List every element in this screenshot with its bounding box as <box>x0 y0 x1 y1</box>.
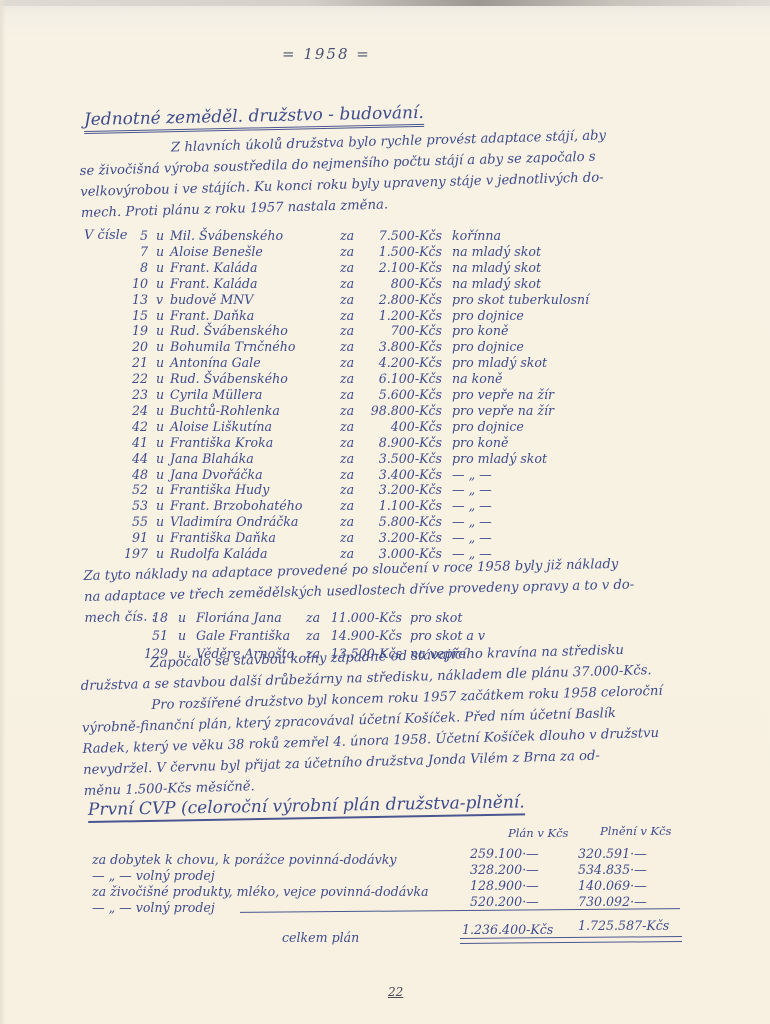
owner-name: Mil. Švábenského <box>170 228 283 243</box>
preposition: u <box>156 387 164 402</box>
house-number: 41 <box>120 435 148 450</box>
purpose-note: pro mladý skot <box>452 355 547 370</box>
amount: 2.100-Kčs <box>360 260 442 275</box>
column-header-plan: Plán v Kčs <box>508 826 568 840</box>
amount: 400-Kčs <box>360 419 442 434</box>
amount: 800-Kčs <box>360 276 442 291</box>
for-label: za <box>340 451 354 466</box>
preposition: u <box>156 482 164 497</box>
purpose-note: na mladý skot <box>452 276 541 291</box>
preposition: u <box>156 244 164 259</box>
for-label: za <box>306 610 320 625</box>
for-label: za <box>340 546 354 561</box>
house-number: 22 <box>120 371 148 386</box>
owner-name: Frant. Brzobohatého <box>170 498 302 513</box>
for-label: za <box>340 276 354 291</box>
preposition: u <box>156 355 164 370</box>
for-label: za <box>340 387 354 402</box>
owner-name: Jana Blaháka <box>170 451 254 466</box>
plan-value: 520.200·— <box>470 894 539 909</box>
amount: 1.500-Kčs <box>360 244 442 259</box>
sum-rule <box>240 908 680 913</box>
owner-name: Gale Františka <box>196 628 290 643</box>
purpose-note: pro koně <box>452 323 508 338</box>
row-label: — „ — volný prodej <box>92 868 215 883</box>
amount: 1.200-Kčs <box>360 308 442 323</box>
purpose-note: pro vepře na žír <box>452 403 554 418</box>
preposition: u <box>156 546 164 561</box>
house-number: 7 <box>120 244 148 259</box>
total-double-rule <box>460 936 682 944</box>
row-label: za dobytek k chovu, k porážce povinná-do… <box>92 852 397 867</box>
preposition: u <box>156 403 164 418</box>
purpose-note: pro dojnice <box>452 339 524 354</box>
owner-name: Floriána Jana <box>196 610 282 625</box>
house-number: 10 <box>120 276 148 291</box>
house-number: 55 <box>120 514 148 529</box>
house-number: 8 <box>120 260 148 275</box>
preposition: u <box>156 276 164 291</box>
for-label: za <box>340 228 354 243</box>
house-number: 24 <box>120 403 148 418</box>
house-number: 20 <box>120 339 148 354</box>
preposition: u <box>156 451 164 466</box>
amount: 3.800-Kčs <box>360 339 442 354</box>
preposition: u <box>156 530 164 545</box>
owner-name: Frant. Daňka <box>170 308 254 323</box>
purpose-note: pro koně <box>452 435 508 450</box>
plan-value: 328.200·— <box>470 862 539 877</box>
purpose-note: na koně <box>452 371 502 386</box>
fulfilment-value: 140.069·— <box>578 878 647 893</box>
owner-name: Jana Dvořáčka <box>170 467 263 482</box>
house-number: 91 <box>120 530 148 545</box>
for-label: za <box>340 435 354 450</box>
amount: 1.100-Kčs <box>360 498 442 513</box>
page-number: 22 <box>388 985 403 999</box>
purpose-note: pro skot <box>410 610 462 625</box>
owner-name: Františka Kroka <box>170 435 273 450</box>
house-number: 5 <box>120 228 148 243</box>
purpose-note: pro skot a v <box>410 628 485 643</box>
for-label: za <box>340 371 354 386</box>
purpose-note: pro skot tuberkulosní <box>452 292 589 307</box>
for-label: za <box>340 308 354 323</box>
house-number: 197 <box>120 546 148 561</box>
fulfilment-value: 730.092·— <box>578 894 647 909</box>
owner-name: Bohumila Trnčného <box>170 339 295 354</box>
preposition: u <box>156 371 164 386</box>
purpose-note: — „ — <box>452 467 492 482</box>
amount: 14.900-Kčs <box>320 628 402 643</box>
house-number: 23 <box>120 387 148 402</box>
preposition: u <box>156 435 164 450</box>
preposition: u <box>156 514 164 529</box>
binding-shadow <box>0 0 6 1024</box>
owner-name: Vladimíra Ondráčka <box>170 514 298 529</box>
owner-name: Rud. Švábenského <box>170 371 288 386</box>
amount: 5.800-Kčs <box>360 514 442 529</box>
for-label: za <box>340 467 354 482</box>
house-number: 51 <box>140 628 168 643</box>
for-label: za <box>340 514 354 529</box>
owner-name: Frant. Kaláda <box>170 260 257 275</box>
preposition: u <box>156 339 164 354</box>
amount: 2.800-Kčs <box>360 292 442 307</box>
owner-name: Rud. Švábenského <box>170 323 288 338</box>
section-title-cooperative: Jednotné zeměděl. družstvo - budování. <box>84 103 424 134</box>
total-label: celkem plán <box>282 930 359 945</box>
house-number: 42 <box>120 419 148 434</box>
purpose-note: pro dojnice <box>452 419 524 434</box>
for-label: za <box>340 482 354 497</box>
house-number: 44 <box>120 451 148 466</box>
amount: 3.500-Kčs <box>360 451 442 466</box>
preposition: u <box>156 260 164 275</box>
for-label: za <box>340 292 354 307</box>
fulfilment-value: 534.835·— <box>578 862 647 877</box>
preposition: u <box>156 308 164 323</box>
owner-name: Buchtů-Rohlenka <box>170 403 280 418</box>
house-number: 15 <box>120 308 148 323</box>
owner-name: Františka Daňka <box>170 530 276 545</box>
purpose-note: na mladý skot <box>452 260 541 275</box>
for-label: za <box>340 419 354 434</box>
purpose-note: na mladý skot <box>452 244 541 259</box>
for-label: za <box>340 355 354 370</box>
for-label: za <box>340 498 354 513</box>
preposition: u <box>156 498 164 513</box>
owner-name: budově MNV <box>170 292 253 307</box>
owner-name: Františka Hudy <box>170 482 269 497</box>
preposition: u <box>178 610 186 625</box>
amount: 5.600-Kčs <box>360 387 442 402</box>
amount: 6.100-Kčs <box>360 371 442 386</box>
house-number: 48 <box>120 467 148 482</box>
for-label: za <box>340 244 354 259</box>
purpose-note: — „ — <box>452 482 492 497</box>
plan-value: 128.900·— <box>470 878 539 893</box>
amount: 3.400-Kčs <box>360 467 442 482</box>
purpose-note: — „ — <box>452 530 492 545</box>
amount: 7.500-Kčs <box>360 228 442 243</box>
amount: 3.200-Kčs <box>360 530 442 545</box>
preposition: u <box>156 467 164 482</box>
preposition: v <box>156 292 163 307</box>
total-fulfilment: 1.725.587-Kčs <box>578 918 669 933</box>
house-number: 18 <box>140 610 168 625</box>
amount: 4.200-Kčs <box>360 355 442 370</box>
for-label: za <box>340 323 354 338</box>
preposition: u <box>156 228 164 243</box>
year-heading: = 1958 = <box>282 45 371 63</box>
amount: 8.900-Kčs <box>360 435 442 450</box>
owner-name: Aloise Benešle <box>170 244 263 259</box>
purpose-note: pro vepře na žír <box>452 387 554 402</box>
owner-name: Cyrila Müllera <box>170 387 262 402</box>
preposition: u <box>156 323 164 338</box>
for-label: za <box>340 260 354 275</box>
owner-name: Frant. Kaláda <box>170 276 257 291</box>
amount: 11.000-Kčs <box>320 610 402 625</box>
purpose-note: — „ — <box>452 514 492 529</box>
amount: 3.200-Kčs <box>360 482 442 497</box>
plan-value: 259.100·— <box>470 846 539 861</box>
preposition: u <box>156 419 164 434</box>
for-label: za <box>340 403 354 418</box>
for-label: za <box>306 628 320 643</box>
purpose-note: pro mladý skot <box>452 451 547 466</box>
amount: 98.800-Kčs <box>360 403 442 418</box>
owner-name: Antonína Gale <box>170 355 261 370</box>
document-page: = 1958 = Jednotné zeměděl. družstvo - bu… <box>0 0 770 1024</box>
purpose-note: — „ — <box>452 498 492 513</box>
for-label: za <box>340 339 354 354</box>
row-label: — „ — volný prodej <box>92 900 215 915</box>
construction-paragraph: Započalo se stavbou kolny západně od stá… <box>80 639 665 802</box>
intro-paragraph: Z hlavních úkolů družstva bylo rychle pr… <box>79 125 608 224</box>
total-plan: 1.236.400-Kčs <box>462 922 553 937</box>
purpose-note: kořínna <box>452 228 501 243</box>
amount: 700-Kčs <box>360 323 442 338</box>
column-header-fulfilment: Plnění v Kčs <box>600 824 671 838</box>
owner-name: Aloise Liškutína <box>170 419 272 434</box>
fulfilment-value: 320.591·— <box>578 846 647 861</box>
row-label: za živočišné produkty, mléko, vejce povi… <box>92 884 428 899</box>
house-number: 21 <box>120 355 148 370</box>
house-number: 52 <box>120 482 148 497</box>
purpose-note: pro dojnice <box>452 308 524 323</box>
house-number: 53 <box>120 498 148 513</box>
house-number: 13 <box>120 292 148 307</box>
for-label: za <box>340 530 354 545</box>
scan-top-edge <box>0 0 770 6</box>
preposition: u <box>178 628 186 643</box>
house-number: 19 <box>120 323 148 338</box>
owner-name: Rudolfa Kaláda <box>170 546 267 561</box>
